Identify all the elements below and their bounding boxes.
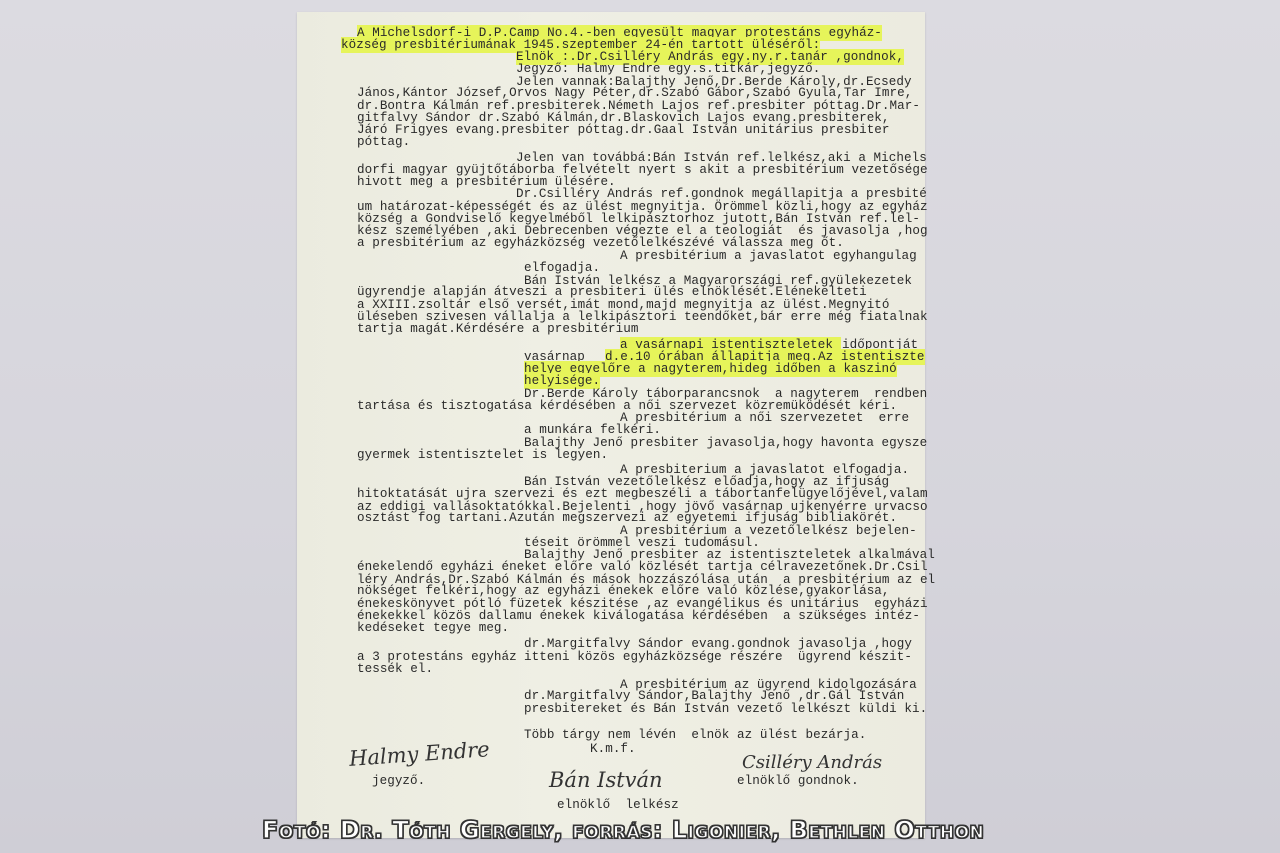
document-line: helyisége. (524, 374, 600, 388)
document-line: Járó Frigyes evang.presbiter póttag.dr.G… (357, 123, 890, 137)
signature-csillery: Csilléry András (742, 752, 882, 773)
document-line-text: osztást fog tartani.Azután megszervezi a… (357, 511, 897, 525)
document-line-text: dr.Margitfalvy Sándor evang.gondnok java… (524, 637, 912, 651)
document-line: elfogadja. (524, 261, 600, 275)
document-line-text: tartja magát.Kérdésére a presbitérium (357, 322, 638, 336)
document-line: presbitereket és Bán István vezető lelké… (524, 702, 927, 716)
closing-line: Több tárgy nem lévén elnök az ülést bezá… (524, 728, 866, 742)
document-line: nökséget felkéri,hogy az egyházi énekek … (357, 584, 890, 598)
document-line-text: elfogadja. (524, 261, 600, 275)
document-line-text: A presbitérium a javaslatot egyhangulag (620, 249, 917, 263)
document-line-text: póttag. (357, 135, 410, 149)
document-line-text: Dr.Csilléry András ref.gondnok megállapi… (516, 187, 927, 201)
document-page: Jegyzőkönyv A Michelsdorf-i D.P.Camp No.… (297, 12, 925, 838)
document-line: tessék el. (357, 662, 433, 676)
document-line: dr.Margitfalvy Sándor,Balajthy Jenő ,dr.… (524, 689, 904, 703)
document-line-text: hitoktatását ujra szervezi és ezt megbes… (357, 487, 928, 501)
document-line: A presbitérium a javaslatot egyhangulag (620, 249, 917, 263)
kmf-line: K.m.f. (590, 742, 636, 756)
document-line-text: énekelendő egyházi éneket előre való köz… (357, 560, 928, 574)
document-line: gyermek istentisztelet is legyen. (357, 448, 608, 462)
document-line: póttag. (357, 135, 410, 149)
document-line: Dr.Csilléry András ref.gondnok megállapi… (516, 187, 927, 201)
document-line-text: dr.Margitfalvy Sándor,Balajthy Jenő ,dr.… (524, 689, 904, 703)
document-line-text: ügyrendje alapján átveszi a presbiteri ü… (357, 285, 867, 299)
document-line: Jegyző: Halmy Endre egy.s.titkár,jegyző. (516, 62, 820, 76)
document-line: tartja magát.Kérdésére a presbitérium (357, 322, 638, 336)
document-line-text: A presbitérium a női szervezetet erre (620, 411, 909, 425)
document-line-text: Jegyző: Halmy Endre egy.s.titkár,jegyző. (516, 62, 820, 76)
document-line-text: kedéseket tegye meg. (357, 621, 509, 635)
signature-halmy: Halmy Endre (348, 737, 490, 771)
document-line-text: itteni közös egyházközsége részére ügyre… (524, 650, 912, 664)
document-line: itteni közös egyházközsége részére ügyre… (524, 650, 912, 664)
signature-ban: Bán István (549, 768, 663, 792)
photo-credit-caption: Fotó: Dr. Tóth Gergely, forrás: Ligonier… (262, 816, 1262, 844)
document-line-text: Járó Frigyes evang.presbiter póttag.dr.G… (357, 123, 890, 137)
signature-role-lelkesz: elnöklő lelkész (557, 798, 679, 812)
document-line: a munkára felkéri. (524, 423, 661, 437)
document-line: János,Kántor József,Orvos Nagy Péter,dr.… (357, 86, 912, 100)
document-line-text: gyermek istentisztelet is legyen. (357, 448, 608, 462)
signature-role-gondnok: elnöklő gondnok. (737, 774, 859, 788)
document-line: kedéseket tegye meg. (357, 621, 509, 635)
document-line: dr.Margitfalvy Sándor evang.gondnok java… (524, 637, 912, 651)
signature-role-jegyzo: jegyző. (372, 774, 425, 788)
document-line-text: tessék el. (357, 662, 433, 676)
document-line: ügyrendje alapján átveszi a presbiteri ü… (357, 285, 867, 299)
document-line-text: nökséget felkéri,hogy az egyházi énekek … (357, 584, 890, 598)
document-line: hitoktatását ujra szervezi és ezt megbes… (357, 487, 928, 501)
document-line-text: János,Kántor József,Orvos Nagy Péter,dr.… (357, 86, 912, 100)
document-line-text: a presbitérium az egyházközség vezetőlel… (357, 236, 844, 250)
document-line: a presbitérium az egyházközség vezetőlel… (357, 236, 844, 250)
document-line: osztást fog tartani.Azután megszervezi a… (357, 511, 897, 525)
document-line: énekelendő egyházi éneket előre való köz… (357, 560, 928, 574)
document-line: A presbitérium a női szervezetet erre (620, 411, 909, 425)
document-line-text: a munkára felkéri. (524, 423, 661, 437)
document-line-text: presbitereket és Bán István vezető lelké… (524, 702, 927, 716)
